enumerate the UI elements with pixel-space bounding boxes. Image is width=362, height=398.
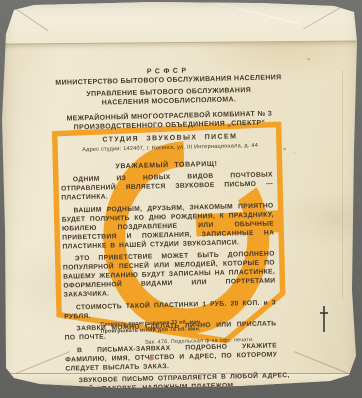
header-combine-line2: ПРОИЗВОДСТВЕННОГО ОБЪЕДИНЕНИЯ „СПЕКТР“ [44, 119, 296, 134]
paragraph: ОДНИМ ИЗ НОВЫХ ВИДОВ ПОЧТОВЫХ ОТПРАВЛЕНИ… [61, 170, 274, 202]
paragraph: В ПИСЬМАХ-ЗАЯВКАХ ПОДРОБНО УКАЖИТЕ ФАМИЛ… [65, 341, 278, 373]
needle-note: Проигрывать иглой для 78 об. мин. [100, 325, 260, 336]
pen-cross-mark [323, 306, 325, 332]
crease-top-wrinkle [211, 1, 299, 24]
print-imprint: Зак. 476. Подольская ф-ка офс. печати. [145, 337, 254, 346]
playback-notes: Скорость проигрывания 33 об. мин. Проигр… [100, 318, 260, 336]
paragraph: СТОИМОСТЬ ТАКОЙ ПЛАСТИНКИ 1 РУБ. 20 КОП.… [64, 298, 276, 321]
printed-label: РСФСР МИНИСТЕРСТВО БЫТОВОГО ОБСЛУЖИВАНИЯ… [42, 59, 301, 365]
header-ministry: МИНИСТЕРСТВО БЫТОВОГО ОБСЛУЖИВАНИЯ НАСЕЛ… [42, 74, 294, 89]
crease-left-edge [0, 90, 1, 290]
spektr-disc-logo [48, 121, 294, 363]
paragraph: ВАШИМ РОДНЫМ, ДРУЗЬЯМ, ЗНАКОМЫМ ПРИЯТНО … [61, 201, 274, 251]
header-combine-line1: МЕЖРАЙОННЫЙ МНОГООТРАСЛЕВОЙ КОМБИНАТ № 3 [43, 110, 295, 125]
bottom-fold-band [4, 374, 358, 387]
pink-smudge [148, 354, 154, 361]
crease-right-edge [342, 70, 343, 300]
salutation: УВАЖАЕМЫЙ ТОВАРИЩ! [60, 159, 272, 171]
bottom-fold-line [3, 373, 359, 374]
paragraph: ЗАЯВКИ МОЖНО СДЕЛАТЬ ЛИЧНО ИЛИ ПРИСЛАТЬ … [64, 319, 276, 342]
studio-name: СТУДИЯ ЗВУКОВЫХ ПИСЕМ [44, 132, 296, 147]
playback-speed-note: Скорость проигрывания 33 об. мин. [100, 318, 260, 329]
envelope-flap-fold [0, 0, 362, 45]
stain-specks [283, 148, 286, 150]
envelope-paper: РСФСР МИНИСТЕРСТВО БЫТОВОГО ОБСЛУЖИВАНИЯ… [0, 0, 362, 398]
crease-top-left [11, 6, 48, 31]
header-republic: РСФСР [42, 65, 294, 80]
paragraph: ЭТО ПРИВЕТСТВИЕ МОЖЕТ БЫТЬ ДОПОЛНЕНО ПОП… [63, 249, 276, 299]
header-department-line1: УПРАВЛЕНИЕ БЫТОВОГО ОБСЛУЖИВАНИЯ [43, 86, 295, 101]
scanned-envelope-photo: РСФСР МИНИСТЕРСТВО БЫТОВОГО ОБСЛУЖИВАНИЯ… [0, 0, 362, 398]
crease-bottom-left [16, 351, 70, 374]
letter-body: УВАЖАЕМЫЙ ТОВАРИЩ! ОДНИМ ИЗ НОВЫХ ВИДОВ … [60, 159, 278, 398]
header-department-line2: НАСЕЛЕНИЯ МОСОБЛИСПОЛКОМА. [43, 94, 295, 109]
crease-bottom-right [294, 351, 348, 374]
crease-top-right [303, 4, 347, 30]
paragraph: ЗВУКОВОЕ ПИСЬМО ОТПРАВЛЯЕТСЯ В ЛЮБОЙ АДР… [53, 371, 290, 395]
studio-address: Адрес студии: 142407, г. Ногинск, ул. II… [44, 141, 296, 156]
